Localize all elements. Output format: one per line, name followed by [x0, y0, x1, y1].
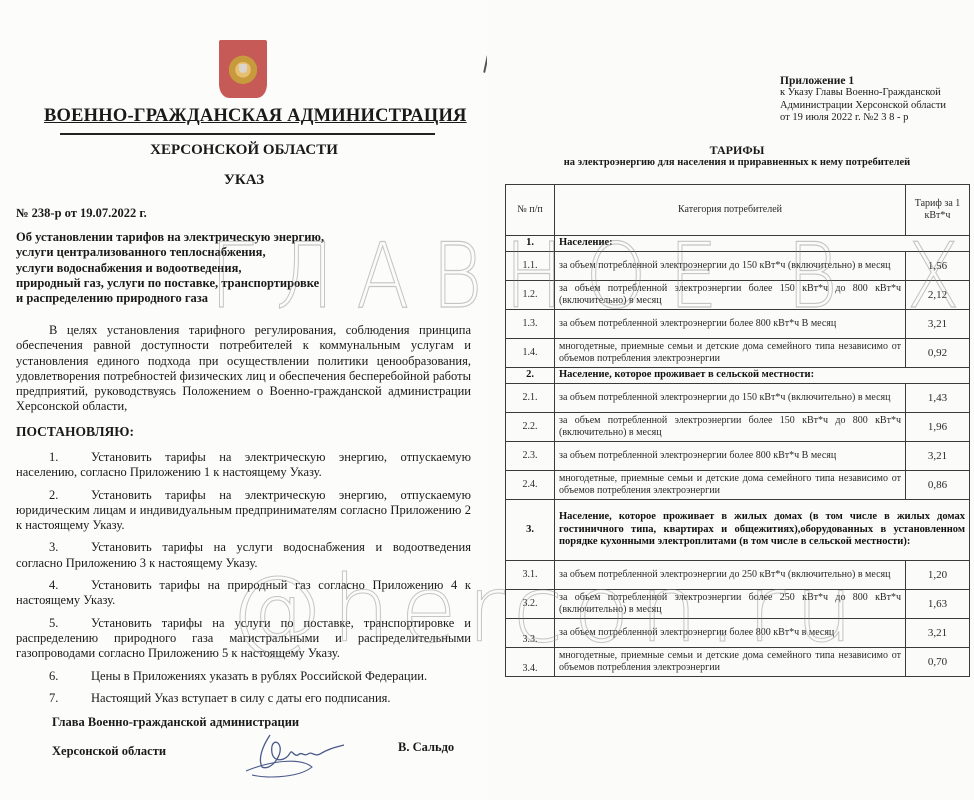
decree-item: 3.Установить тарифы на услуги водоснабже…: [16, 540, 471, 571]
row-number: 3.4.: [506, 648, 555, 677]
section-title: Население, которое проживает в жилых дом…: [555, 500, 970, 561]
subject-line: и распределению природного газа: [16, 291, 476, 306]
signatory-name: В. Сальдо: [398, 740, 454, 755]
row-number: 3.3.: [506, 619, 555, 648]
tariff-value: 1,96: [906, 413, 970, 442]
consumer-category: за объем потребленной электроэнергии до …: [555, 384, 906, 413]
decree-item: 5.Установить тарифы на услуги по поставк…: [16, 616, 471, 662]
document-type: УКАЗ: [44, 172, 444, 189]
region-title: ХЕРСОНСКОЙ ОБЛАСТИ: [44, 142, 444, 159]
row-number: 2.3.: [506, 442, 555, 471]
tariff-value: 3,21: [906, 310, 970, 339]
table-row: 2.1.за объем потребленной электроэнергии…: [506, 384, 970, 413]
item-number: 2.: [49, 488, 91, 503]
row-number: 3.1.: [506, 561, 555, 590]
tariff-value: 3,21: [906, 619, 970, 648]
row-number: 1.2.: [506, 281, 555, 310]
section-title: Население:: [555, 236, 970, 252]
decree-items: 1.Установить тарифы на электрическую эне…: [16, 450, 471, 713]
resolve-heading: ПОСТАНОВЛЯЮ:: [16, 424, 134, 440]
decree-number: № 238-р от 19.07.2022 г.: [16, 206, 147, 221]
item-number: 3.: [49, 540, 91, 555]
header-divider: [60, 133, 435, 135]
consumer-category: за объем потребленной электроэнергии бол…: [555, 590, 906, 619]
organization-title: ВОЕННО-ГРАЖДАНСКАЯ АДМИНИСТРАЦИЯ: [44, 106, 444, 127]
consumer-category: за объем потребленной электроэнергии бол…: [555, 310, 906, 339]
item-number: 5.: [49, 616, 91, 631]
consumer-category: за объем потребленной электроэнергии бол…: [555, 442, 906, 471]
tariffs-table: № п/п Категория потребителей Тариф за 1 …: [505, 184, 970, 677]
tariff-value: 0,92: [906, 339, 970, 368]
table-row: 3.1.за объем потребленной электроэнергии…: [506, 561, 970, 590]
annex-line: от 19 июля 2022 г. №2 3 8 - р: [780, 112, 946, 124]
row-number: 1.: [506, 236, 555, 252]
table-row: 3.2.за объем потребленной электроэнергии…: [506, 590, 970, 619]
item-number: 4.: [49, 578, 91, 593]
table-row: 1.2.за объем потребленной электроэнергии…: [506, 281, 970, 310]
tariff-value: 1,20: [906, 561, 970, 590]
table-row: 2.3.за объем потребленной электроэнергии…: [506, 442, 970, 471]
subject-line: Об установлении тарифов на электрическую…: [16, 230, 476, 245]
table-row: 2.4.многодетные, приемные семьи и детски…: [506, 471, 970, 500]
item-number: 1.: [49, 450, 91, 465]
row-number: 2.4.: [506, 471, 555, 500]
decree-subject: Об установлении тарифов на электрическую…: [16, 230, 476, 306]
shield-icon: [239, 64, 247, 73]
tariffs-subtitle: на электроэнергию для населения и прирав…: [500, 157, 974, 168]
table-row: 3.3.за объем потребленной электроэнергии…: [506, 619, 970, 648]
tariff-value: 1,43: [906, 384, 970, 413]
table-row: 1.1.за объем потребленной электроэнергии…: [506, 252, 970, 281]
row-number: 3.: [506, 500, 555, 561]
tariff-value: 1,56: [906, 252, 970, 281]
row-number: 1.3.: [506, 310, 555, 339]
annex-title: Приложение 1: [780, 75, 946, 87]
tariff-value: 0,70: [906, 648, 970, 677]
table-row: 3.Население, которое проживает в жилых д…: [506, 500, 970, 561]
decree-item: 7.Настоящий Указ вступает в силу с даты …: [16, 691, 471, 706]
row-number: 1.1.: [506, 252, 555, 281]
item-text: Настоящий Указ вступает в силу с даты ег…: [91, 691, 391, 705]
consumer-category: многодетные, приемные семьи и детские до…: [555, 471, 906, 500]
decree-item: 4.Установить тарифы на природный газ сог…: [16, 578, 471, 609]
subject-line: услуги централизованного теплоснабжения,: [16, 245, 476, 260]
table-header-row: № п/п Категория потребителей Тариф за 1 …: [506, 185, 970, 236]
row-number: 2.1.: [506, 384, 555, 413]
subject-line: услуги водоснабжения и водоотведения,: [16, 261, 476, 276]
table-row: 2.2.за объем потребленной электроэнергии…: [506, 413, 970, 442]
tariff-value: 2,12: [906, 281, 970, 310]
row-number: 2.: [506, 368, 555, 384]
consumer-category: за объем потребленной электроэнергии бол…: [555, 281, 906, 310]
row-number: 3.2.: [506, 590, 555, 619]
decree-item: 6.Цены в Приложениях указать в рублях Ро…: [16, 669, 471, 684]
item-number: 6.: [49, 669, 91, 684]
consumer-category: многодетные, приемные семьи и детские до…: [555, 339, 906, 368]
consumer-category: за объем потребленной электроэнергии бол…: [555, 413, 906, 442]
decree-item: 1.Установить тарифы на электрическую эне…: [16, 450, 471, 481]
table-row: 2.Население, которое проживает в сельско…: [506, 368, 970, 384]
tariff-value: 1,63: [906, 590, 970, 619]
preamble: В целях установления тарифного регулиров…: [16, 323, 471, 415]
row-number: 1.4.: [506, 339, 555, 368]
column-header-category: Категория потребителей: [555, 185, 906, 236]
tariffs-title: ТАРИФЫ: [500, 143, 974, 158]
signatory-region: Херсонской области: [52, 744, 166, 759]
decree-page: ВОЕННО-ГРАЖДАНСКАЯ АДМИНИСТРАЦИЯ ХЕРСОНС…: [0, 0, 487, 800]
consumer-category: за объем потребленной электроэнергии до …: [555, 252, 906, 281]
annex-line: к Указу Главы Военно-Гражданской: [780, 87, 946, 99]
consumer-category: за объем потребленной электроэнергии до …: [555, 561, 906, 590]
annex-header: Приложение 1 к Указу Главы Военно-Гражда…: [780, 75, 946, 124]
tariff-value: 3,21: [906, 442, 970, 471]
section-title: Население, которое проживает в сельской …: [555, 368, 970, 384]
item-text: Цены в Приложениях указать в рублях Росс…: [91, 669, 427, 683]
row-number: 2.2.: [506, 413, 555, 442]
tariff-value: 0,86: [906, 471, 970, 500]
column-header-num: № п/п: [506, 185, 555, 236]
consumer-category: за объем потребленной электроэнергии бол…: [555, 619, 906, 648]
coat-of-arms-icon: [219, 40, 267, 98]
table-row: 3.4.многодетные, приемные семьи и детски…: [506, 648, 970, 677]
annex-line: Администрации Херсонской области: [780, 100, 946, 112]
subject-line: природный газ, услуги по поставке, транс…: [16, 276, 476, 291]
item-number: 7.: [49, 691, 91, 706]
column-header-tariff: Тариф за 1 кВт*ч: [906, 185, 970, 236]
decree-item: 2.Установить тарифы на электрическую эне…: [16, 488, 471, 534]
table-row: 1.4.многодетные, приемные семьи и детски…: [506, 339, 970, 368]
handwritten-signature-icon: [240, 727, 350, 779]
consumer-category: многодетные, приемные семьи и детские до…: [555, 648, 906, 677]
table-row: 1.3.за объем потребленной электроэнергии…: [506, 310, 970, 339]
table-row: 1.Население:: [506, 236, 970, 252]
